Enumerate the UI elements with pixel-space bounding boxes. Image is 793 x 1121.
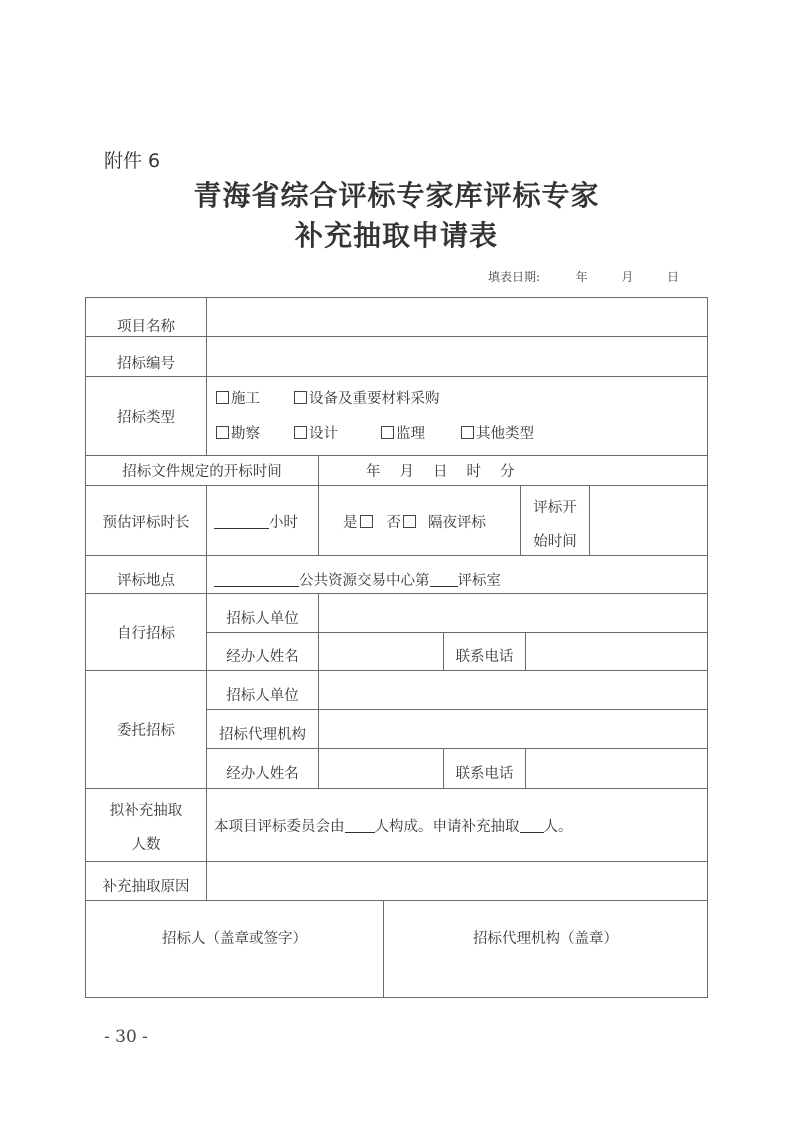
tender-type-supervision[interactable]: 监理	[381, 421, 425, 443]
tender-type-survey[interactable]: 勘察	[216, 421, 260, 443]
tender-type-construction[interactable]: 施工	[216, 386, 260, 408]
agency-signature-area[interactable]	[384, 954, 707, 996]
fill-date-year: 年	[576, 268, 588, 285]
fill-date: 填表日期: 年 月 日	[488, 268, 679, 285]
entrust-tenderer-unit-label: 招标人单位	[207, 675, 318, 713]
checkbox-icon	[403, 515, 416, 528]
overnight-no[interactable]: 否	[387, 511, 419, 532]
checkbox-icon	[294, 391, 307, 404]
project-name-label: 项目名称	[86, 306, 206, 344]
overnight-options: 是 否 隔夜评标	[343, 486, 486, 556]
self-tenderer-unit-label: 招标人单位	[207, 598, 318, 636]
tenderer-signature-label: 招标人（盖章或签字）	[86, 920, 383, 954]
entrust-handler-name-label: 经办人姓名	[207, 753, 318, 791]
duration-label: 预估评标时长	[86, 486, 206, 556]
tender-type-other[interactable]: 其他类型	[461, 421, 534, 443]
tender-type-equipment[interactable]: 设备及重要材料采购	[294, 386, 440, 408]
checkbox-icon	[216, 426, 229, 439]
self-tender-label: 自行招标	[86, 594, 206, 670]
opening-time-label: 招标文件规定的开标时间	[86, 455, 318, 485]
entrust-handler-name-field[interactable]	[319, 749, 443, 788]
agency-label: 招标代理机构	[207, 714, 318, 752]
checkbox-icon	[461, 426, 474, 439]
count-label-2: 人数	[86, 827, 206, 859]
checkbox-icon	[360, 515, 373, 528]
self-tenderer-unit-field[interactable]	[319, 594, 707, 632]
self-handler-name-label: 经办人姓名	[207, 636, 318, 674]
entrust-tenderer-unit-field[interactable]	[319, 671, 707, 709]
attachment-label: 附件 6	[104, 146, 160, 173]
overnight-yes[interactable]: 是	[343, 511, 375, 532]
tender-type-label: 招标类型	[86, 396, 206, 436]
reason-field[interactable]	[207, 862, 707, 900]
room-number-blank[interactable]	[430, 572, 458, 587]
tender-type-design[interactable]: 设计	[294, 421, 338, 443]
location-field[interactable]: 公共资源交易中心第评标室	[214, 560, 501, 598]
start-time-field[interactable]	[590, 486, 707, 555]
location-label: 评标地点	[86, 560, 206, 598]
tender-number-field[interactable]	[207, 337, 707, 376]
reason-label: 补充抽取原因	[86, 866, 206, 904]
entrust-phone-field[interactable]	[526, 749, 707, 788]
page-number: - 30 -	[104, 1027, 148, 1047]
tenderer-signature-area[interactable]	[86, 954, 383, 996]
start-time-label-1: 评标开	[521, 490, 589, 522]
duration-blank[interactable]	[214, 514, 269, 529]
tender-number-label: 招标编号	[86, 343, 206, 381]
self-phone-label: 联系电话	[444, 636, 525, 674]
count-label-1: 拟补充抽取	[86, 793, 206, 825]
overnight-label: 隔夜评标	[428, 511, 486, 532]
project-name-field[interactable]	[207, 298, 707, 336]
opening-time-field[interactable]: 年 月 日 时 分	[366, 455, 515, 485]
entrust-phone-label: 联系电话	[444, 753, 525, 791]
committee-size-blank[interactable]	[345, 818, 375, 833]
fill-date-day: 日	[667, 268, 679, 285]
form-title-line1: 青海省综合评标专家库评标专家	[0, 174, 793, 214]
checkbox-icon	[294, 426, 307, 439]
entrust-tender-label: 委托招标	[86, 671, 206, 788]
supplement-count-blank[interactable]	[520, 818, 544, 833]
checkbox-icon	[381, 426, 394, 439]
agency-signature-label: 招标代理机构（盖章）	[384, 920, 707, 954]
form-title-line2: 补充抽取申请表	[0, 214, 793, 254]
self-handler-name-field[interactable]	[319, 633, 443, 670]
count-field: 本项目评标委员会由人构成。申请补充抽取人。	[214, 789, 573, 861]
checkbox-icon	[216, 391, 229, 404]
agency-field[interactable]	[319, 710, 707, 748]
location-city-blank[interactable]	[214, 572, 299, 587]
self-phone-field[interactable]	[526, 633, 707, 670]
start-time-label-2: 始时间	[521, 524, 589, 556]
duration-field[interactable]: 小时	[214, 486, 298, 556]
fill-date-label: 填表日期:	[488, 268, 540, 285]
fill-date-month: 月	[621, 268, 633, 285]
